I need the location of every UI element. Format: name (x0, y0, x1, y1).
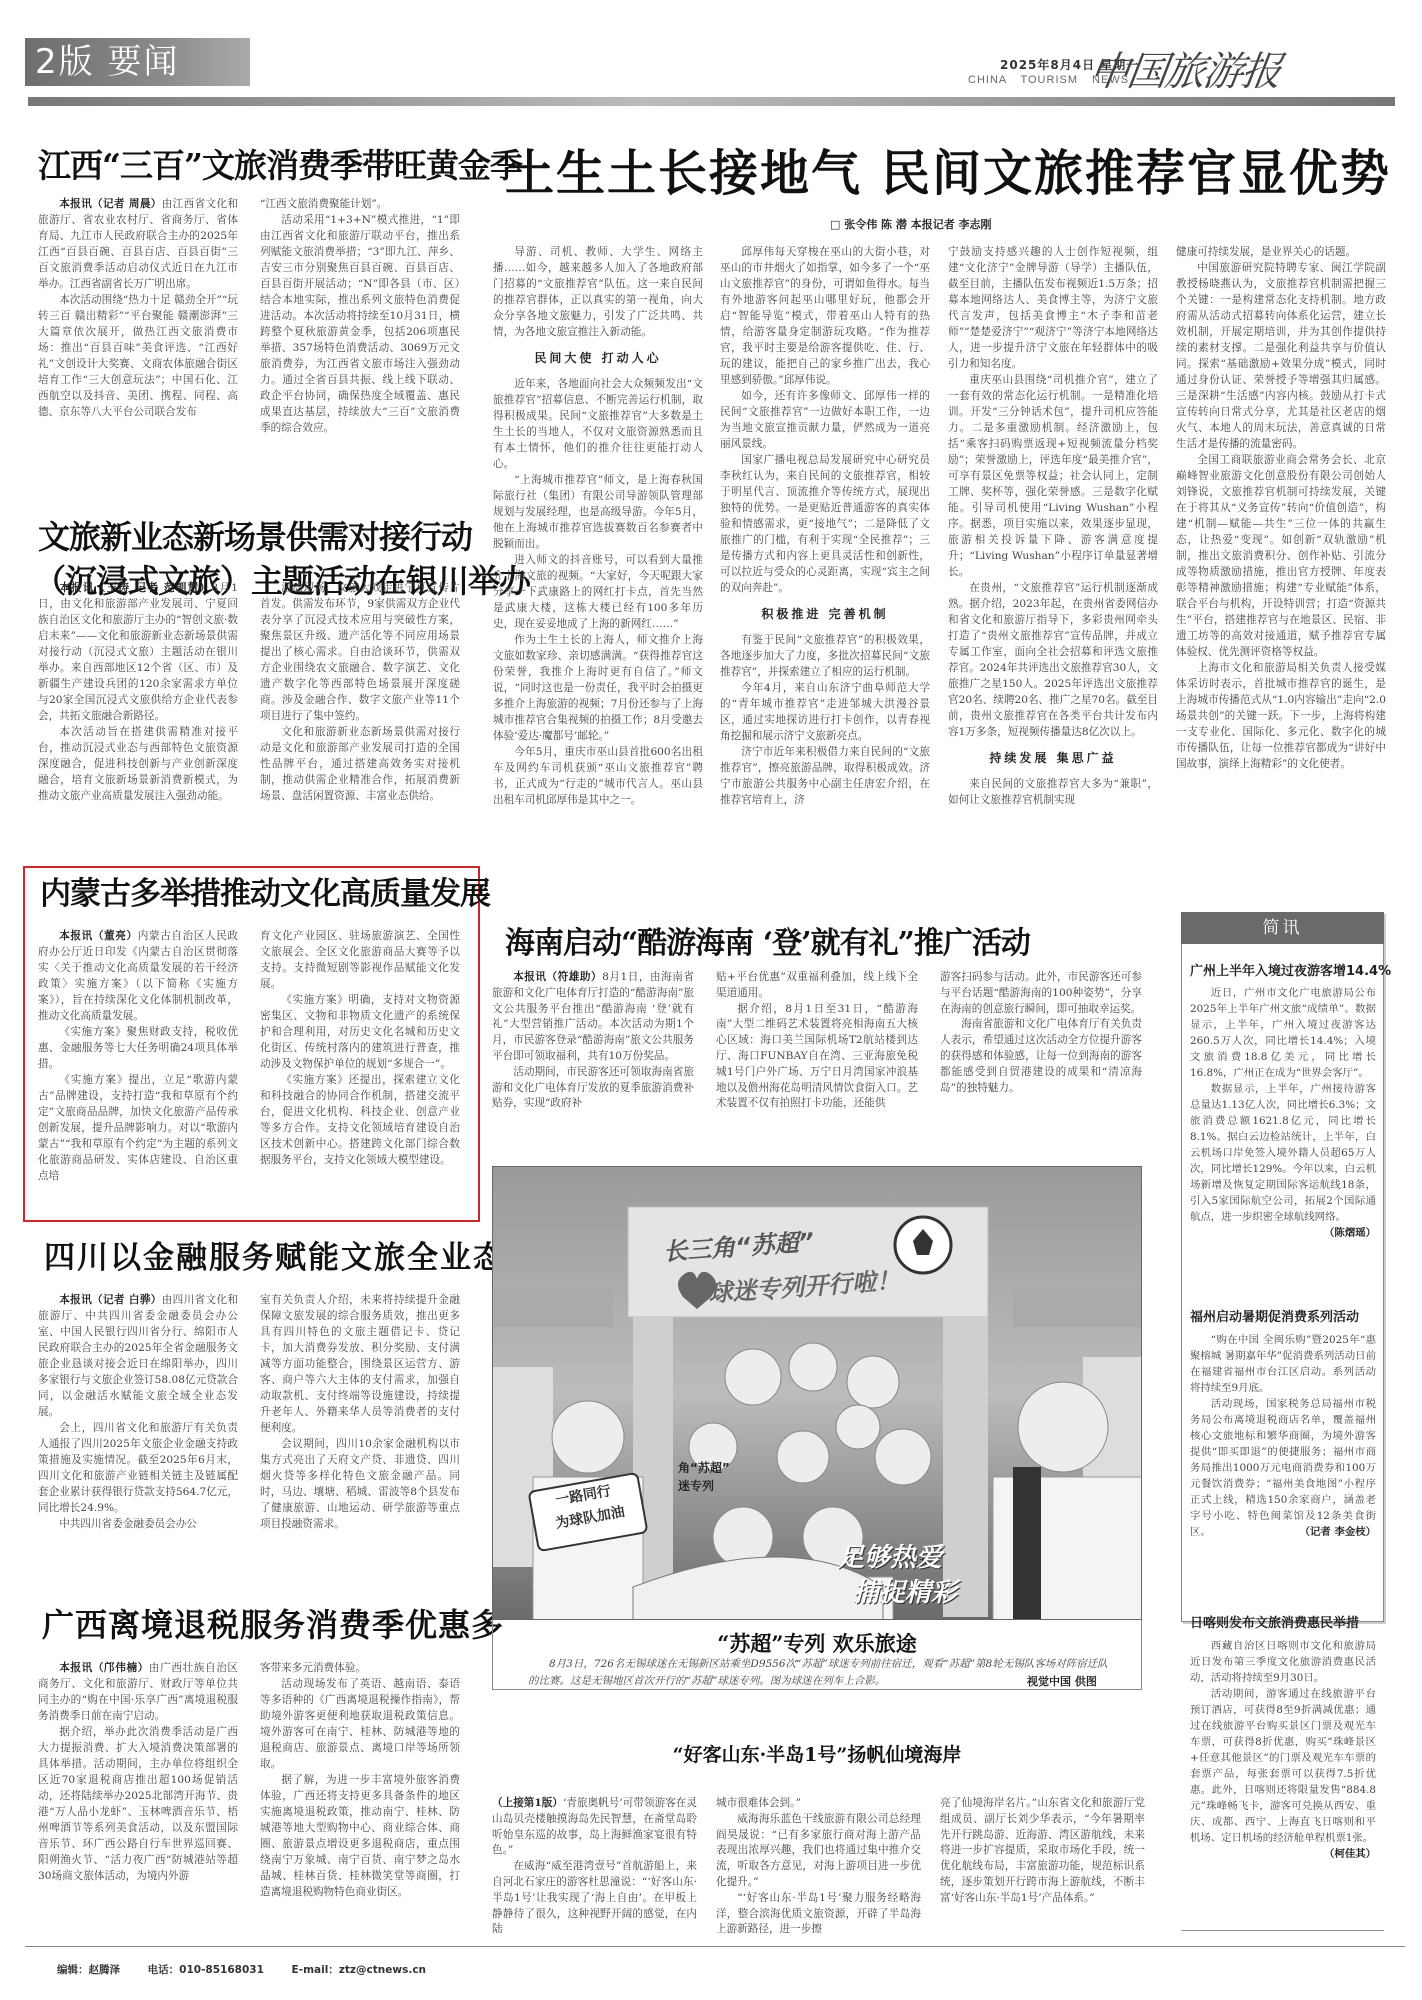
paragraph: 在威海“威至港湾壹号”首航游船上，来自河北石家庄的游客杜思潼说：“‘好客山东·半… (492, 1859, 697, 1938)
brief-body-fuzhou: “购在中国 全闽乐购”暨2025年“惠聚榕城 暑期嘉年华”促消费系列活动日前在福… (1190, 1332, 1376, 1540)
paragraph: 文化和旅游新业态新场景供需对接行动是文化和旅游部产业发展司打造的全国性品牌平台，… (260, 724, 460, 804)
article-feature-col1: 导游、司机、教师、大学生、网络主播……如今，越来越多人加入了各地政府部门招募的“… (493, 244, 703, 808)
dateline: （上接第1版） (492, 1797, 563, 1809)
article-feature-col2: 邱厚伟每天穿梭在巫山的大街小巷，对巫山的市井烟火了如指掌，如今多了一个“巫山文旅… (720, 244, 930, 808)
paragraph: 本报讯（董亮）内蒙古自治区人民政府办公厅近日印发《内蒙古自治区贯彻落实〈关于推动… (38, 928, 238, 1024)
brief-body-guangzhou: 近日，广州市文化广电旅游局公布2025年上半年广州文旅“成绩单”。数据显示，上半… (1190, 985, 1376, 1241)
paragraph: 今年5月，重庆市巫山县首批600名出租车及网约车司机获颁“巫山文旅推荐官”聘书，… (493, 744, 703, 808)
brief-headline-fuzhou: 福州启动暑期促消费系列活动 (1190, 1306, 1359, 1325)
badge-line1: 角“苏超” (678, 1459, 730, 1476)
paragraph: 本报讯（记者 周晨）由江西省文化和旅游厅、省农业农村厅、省商务厅、省体育局、九江… (38, 196, 238, 292)
paragraph: 中国旅游研究院特聘专家、闽江学院副教授杨晓燕认为，文旅推荐官机制需把握三个关键：… (1176, 260, 1386, 452)
photo-caption-text: 8月3日，726名无锡球迷在无锡新区站乘坐D9556次“苏超”球迷专列前往宿迁，… (528, 1656, 1113, 1690)
badge-line2: 迷专列 (678, 1477, 714, 1494)
brief-headline-guangzhou: 广州上半年入境过夜游客增14.4% (1190, 960, 1391, 979)
brief-paragraph: 数据显示，上半年，广州接待游客总量达1.13亿人次，同比增长6.3%；文旅消费总… (1190, 1081, 1376, 1225)
paragraph: 《实施方案》提出，立足“歌游内蒙古”品牌建设，支持打造“我和草原有个约定”文旅商… (38, 1072, 238, 1184)
article-shandong-col1: （上接第1版）‘青旅奥帆号’可带领游客在灵山岛贝壳楼触摸海岛先民智慧，在斋堂岛聆… (492, 1796, 697, 1938)
brief-author: （柯佳其） (1303, 1846, 1376, 1862)
brief-body-rikaze: 西藏自治区日喀则市文化和旅游局近日发布第三季度文化旅游消费惠民活动，活动将持续至… (1190, 1638, 1376, 1862)
footer-email[interactable]: E-mail：ztz@ctnews.cn (292, 1964, 426, 1976)
paragraph: 《实施方案》还提出，探索建立文化和科技融合的协同合作机制，搭建交流平台，促进文化… (260, 1072, 460, 1168)
article-jiangxi-col1: 本报讯（记者 周晨）由江西省文化和旅游厅、省农业农村厅、省商务厅、省体育局、九江… (38, 196, 238, 420)
paragraph: （上接第1版）‘青旅奥帆号’可带领游客在灵山岛贝壳楼触摸海岛先民智慧，在斋堂岛聆… (492, 1796, 697, 1859)
paragraph: 客带来多元消费体验。 (260, 1660, 460, 1676)
brief-paragraph: 活动现场，国家税务总局福州市税务局公布离境退税商店名单，覆盖福州核心文旅地标和繁… (1190, 1396, 1376, 1540)
article-hainan-col1: 本报讯（符雄助）8月1日，由海南省旅游和文化广电体育厅打造的“酷游海南”旅文公共… (492, 970, 694, 1112)
brief-paragraph: 近日，广州市文化广电旅游局公布2025年上半年广州文旅“成绩单”。数据显示，上半… (1190, 985, 1376, 1081)
paragraph: 本次活动旨在搭建供需精准对接平台，推动沉浸式业态与西部特色文旅资源深度融合，促进… (38, 724, 238, 804)
paragraph: 威海海乐蓝色干线旅游有限公司总经理阎昊晟说：“已有多家旅行商对海上游产品表现出浓… (716, 1812, 921, 1891)
article-guangxi-col1: 本报讯（邝伟楠）由广西壮族自治区商务厅、文化和旅游厅、财政厅等单位共同主办的“购… (38, 1660, 238, 1884)
paragraph: “上海城市推荐官”师文，是上海春秋国际旅行社（集团）有限公司导游领队管理部规划与… (493, 472, 703, 552)
brief-author: （陈熠瑶） (1303, 1225, 1376, 1241)
dateline: 本报讯（王涛 记者 范朝慧） (59, 582, 211, 594)
paragraph: 今年4月，来自山东济宁曲阜师范大学的“青年城市推荐官”走进邹城大洪漫谷景区，通过… (720, 680, 930, 744)
headline-sichuan: 四川以金融服务赋能文旅全业态 (44, 1232, 506, 1277)
paragraph: 室有关负责人介绍，未来将持续提升金融保障文旅发展的综合服务质效，推出更多具有四川… (260, 1292, 460, 1436)
headline-jiangxi: 江西“三百”文旅消费季带旺黄金季 (38, 140, 522, 187)
paragraph: 本次活动围绕“热力十足 赣劲全开”“玩转三百 赣出精彩”“平台聚能 赣潮澎湃”三… (38, 292, 238, 420)
paragraph: 贴+平台优惠”双重福利叠加，线上线下全渠道通用。 (716, 970, 918, 1002)
paragraph: 活动现场，文旅大戏走进宁夏宣传片首发。供需发布环节，9家供需双方企业代表分享了沉… (260, 580, 460, 724)
paragraph: 上海市文化和旅游局相关负责人接受媒体采访时表示，首批城市推荐官的诞生，是上海城市… (1176, 660, 1386, 772)
photo-caption-title: “苏超”专列 欢乐旅途 (492, 1628, 1142, 1658)
paragraph: “江西文旅消费聚能计划”。 (260, 196, 460, 212)
paragraph: 中共四川省委金融委员会办公 (38, 1516, 238, 1532)
paragraph: 在贵州，“文旅推荐官”运行机制逐渐成熟。据介绍，2023年起，在贵州省委网信办和… (948, 580, 1158, 740)
paragraph: 据了解，为进一步丰富境外旅客消费体验，广西还将支持更多具备条件的地区实施离境退税… (260, 1772, 460, 1900)
paragraph: 有鉴于民间“文旅推荐官”的积极效果，各地逐步加大了力度，多批次招募民间“文旅推荐… (720, 632, 930, 680)
section-tab: 2版 要闻 (25, 38, 250, 86)
article-feature-col3: 宁鼓励支持感兴趣的人士创作短视频，组建“文化济宁”金牌导游（导学）主播队伍，截至… (948, 244, 1158, 808)
paragraph: 济宁市近年来积极借力来自民间的“文旅推荐官”，擦亮旅游品牌，取得积极成效。济宁市… (720, 744, 930, 808)
paragraph: 育文化产业园区、驻场旅游演艺、全国性文旅展会、全区文化旅游商品大赛等予以支持。支… (260, 928, 460, 992)
article-hainan-col3: 游客扫码参与活动。此外，市民游客还可参与平台话题“酷游海南的100种姿势”，分享… (940, 970, 1142, 1096)
paragraph: 本报讯（邝伟楠）由广西壮族自治区商务厅、文化和旅游厅、财政厅等单位共同主办的“购… (38, 1660, 238, 1724)
headline-yinchuan-1: 文旅新业态新场景供需对接行动 (38, 512, 472, 558)
newspaper-logo: 中国旅游报 (1086, 40, 1284, 97)
article-feature-col4: 健康可持续发展，是业界关心的话题。中国旅游研究院特聘专家、闽江学院副教授杨晓燕认… (1176, 244, 1386, 772)
article-sichuan-col1: 本报讯（记者 白骅）由四川省文化和旅游厅、中共四川省委金融委员会办公室、中国人民… (38, 1292, 238, 1532)
headline-hainan: 海南启动“酷游海南 ‘登’就有礼”推广活动 (505, 918, 1030, 962)
dateline: 本报讯（记者 周晨） (59, 198, 162, 210)
article-yinchuan-col1: 本报讯（王涛 记者 范朝慧）8月1日，由文化和旅游部产业发展司、宁夏回族自治区文… (38, 580, 238, 804)
paragraph: 作为土生土长的上海人，师文推介上海文旅如数家珍、亲切感满满。“获得推荐官这份荣誉… (493, 632, 703, 744)
paragraph: 据介绍，8月1日至31日，“酷游海南”大型二维码艺术装置将亮相海南五大核心区域：… (716, 1002, 918, 1113)
headline-feature: 土生土长接地气 民间文旅推荐官显优势 (505, 135, 1391, 205)
dateline: 本报讯（邝伟楠） (59, 1662, 149, 1674)
paragraph: 重庆巫山县围绕“司机推介官”，建立了一套有效的常态化运行机制。一是精准化培训。开… (948, 372, 1158, 580)
paragraph: 邱厚伟每天穿梭在巫山的大街小巷，对巫山的市井烟火了如指掌，如今多了一个“巫山文旅… (720, 244, 930, 388)
brief-paragraph: “购在中国 全闽乐购”暨2025年“惠聚榕城 暑期嘉年华”促消费系列活动日前在福… (1190, 1332, 1376, 1396)
slogan-line2: 捕捉精彩 (853, 1572, 957, 1609)
article-sichuan-col2: 室有关负责人介绍，未来将持续提升金融保障文旅发展的综合服务质效，推出更多具有四川… (260, 1292, 460, 1532)
paragraph: 海南省旅游和文化广电体育厅有关负责人表示，希望通过这次活动全方位提升游客的获得感… (940, 1017, 1142, 1096)
paragraph: 本报讯（记者 白骅）由四川省文化和旅游厅、中共四川省委金融委员会办公室、中国人民… (38, 1292, 238, 1420)
headline-guangxi: 广西离境退税服务消费季优惠多 (42, 1600, 504, 1646)
briefs-title: 简讯 (1181, 912, 1384, 944)
article-yinchuan-col2: 活动现场，文旅大戏走进宁夏宣传片首发。供需发布环节，9家供需双方企业代表分享了沉… (260, 580, 460, 804)
paragraph: 进入师文的抖音账号，可以看到大量推介上海文旅的视频。“大家好，今天呢跟大家分享一… (493, 552, 703, 632)
subheading: 民间大使 打动人心 (493, 350, 703, 366)
article-guangxi-col2: 客带来多元消费体验。活动现场发布了英语、越南语、泰语等多语种的《广西离境退税操作… (260, 1660, 460, 1900)
briefs-bottom-rule (1181, 1930, 1384, 1931)
subheading: 积极推进 完善机制 (720, 606, 930, 622)
paragraph: 活动期间，市民游客还可领取海南省旅游和文化广电体育厅发放的夏季旅游消费补贴券，实… (492, 1065, 694, 1112)
article-neimenggu-col2: 育文化产业园区、驻场旅游演艺、全国性文旅展会、全区文化旅游商品大赛等予以支持。支… (260, 928, 460, 1168)
paragraph: “‘好客山东·半岛1号’聚力服务经略海洋，整合滨海优质文旅资源，开辟了半岛海上游… (716, 1891, 921, 1938)
paragraph: 据介绍，举办此次消费季活动是广西大力提振消费、扩大入境消费决策部署的具体举措。活… (38, 1724, 238, 1884)
paragraph: 活动现场发布了英语、越南语、泰语等多语种的《广西离境退税操作指南》，帮助境外游客… (260, 1676, 460, 1772)
dateline: 本报讯（董亮） (59, 930, 138, 942)
footer-phone: 电话：010-85168031 (148, 1964, 264, 1976)
paragraph: 本报讯（王涛 记者 范朝慧）8月1日，由文化和旅游部产业发展司、宁夏回族自治区文… (38, 580, 238, 724)
headline-shandong: “好客山东·半岛1号”扬帆仙境海岸 (492, 1740, 1142, 1767)
paragraph: 健康可持续发展，是业界关心的话题。 (1176, 244, 1386, 260)
dateline: 本报讯（符雄助） (513, 971, 602, 983)
article-shandong-col2: 城市很难体会到。”威海海乐蓝色干线旅游有限公司总经理阎昊晟说：“已有多家旅行商对… (716, 1796, 921, 1938)
paragraph: 导游、司机、教师、大学生、网络主播……如今，越来越多人加入了各地政府部门招募的“… (493, 244, 703, 340)
paragraph: 宁鼓励支持感兴趣的人士创作短视频，组建“文化济宁”金牌导游（导学）主播队伍，截至… (948, 244, 1158, 372)
photo-illustration (493, 1167, 1142, 1620)
footer-rule (25, 1946, 1405, 1947)
paragraph: 游客扫码参与活动。此外，市民游客还可参与平台话题“酷游海南的100种姿势”，分享… (940, 970, 1142, 1017)
headline-neimenggu: 内蒙古多举措推动文化高质量发展 (40, 868, 490, 913)
article-hainan-col2: 贴+平台优惠”双重福利叠加，线上线下全渠道通用。据介绍，8月1日至31日，“酷游… (716, 970, 918, 1112)
photo-credit: 视觉中国 供图 (1027, 1673, 1097, 1689)
article-neimenggu-col1: 本报讯（董亮）内蒙古自治区人民政府办公厅近日印发《内蒙古自治区贯彻落实〈关于推动… (38, 928, 238, 1184)
paragraph: 会上，四川省文化和旅游厅有关负责人通报了四川2025年文旅企业金融支持政策措施及… (38, 1420, 238, 1516)
article-shandong-col3: 亮了仙境海岸名片。”山东省文化和旅游厅党组成员、副厅长刘少华表示，“今年暑期率先… (940, 1796, 1145, 1907)
masthead-divider (28, 97, 1395, 106)
paragraph: 来自民间的文旅推荐官大多为“兼职”，如何让文旅推荐官机制实现 (948, 776, 1158, 808)
footer-info: 编辑：赵腾泽 电话：010-85168031 E-mail：ztz@ctnews… (57, 1962, 426, 1977)
dateline: 本报讯（记者 白骅） (59, 1294, 162, 1306)
paragraph: 国家广播电视总局发展研究中心研究员李秋红认为，来自民间的文旅推荐官，相较于明星代… (720, 452, 930, 596)
brief-author: （记者 李金枝） (1279, 1524, 1376, 1540)
photo-fans-train: 长三角“苏超” 球迷专列开行啦！ 一路同行 为球队加油 角“苏超” 迷专列 无锡… (492, 1166, 1142, 1620)
brief-paragraph: 活动期间，游客通过在线旅游平台预订酒店，可获得8至9折满减优惠；通过在线旅游平台… (1190, 1686, 1376, 1846)
brief-paragraph: 西藏自治区日喀则市文化和旅游局近日发布第三季度文化旅游消费惠民活动，活动将持续至… (1190, 1638, 1376, 1686)
paragraph: 会议期间，四川10余家金融机构以市集方式亮出了天府文产贷、非遗贷、四川烟火贷等多… (260, 1436, 460, 1532)
feature-byline: □ 张令伟 陈 潜 本报记者 李志刚 (830, 216, 992, 232)
paragraph: 近年来，各地面向社会大众频频发出“文旅推荐官”招募信息、不断完善运行机制，取得积… (493, 376, 703, 472)
paragraph: 如今，还有许多像师文、邱厚伟一样的民间“文旅推荐官”一边做好本职工作，一边为当地… (720, 388, 930, 452)
paragraph: 《实施方案》明确，支持对文物资源密集区、文物和非物质文化遗产的系统保护和合理利用… (260, 992, 460, 1072)
slogan-line1: 足够热爱 (838, 1537, 942, 1574)
subheading: 持续发展 集思广益 (948, 750, 1158, 766)
paragraph: 本报讯（符雄助）8月1日，由海南省旅游和文化广电体育厅打造的“酷游海南”旅文公共… (492, 970, 694, 1065)
footer-editor: 编辑：赵腾泽 (57, 1964, 120, 1976)
paragraph: 活动采用“1+3+N”模式推进，“1”即由江西省文化和旅游厅联动平台，推出系列赋… (260, 212, 460, 436)
article-jiangxi-col2: “江西文旅消费聚能计划”。活动采用“1+3+N”模式推进，“1”即由江西省文化和… (260, 196, 460, 436)
paragraph: 全国工商联旅游业商会常务会长、北京巅峰智业旅游文化创意股份有限公司创始人刘锋说，… (1176, 452, 1386, 660)
paragraph: 亮了仙境海岸名片。”山东省文化和旅游厅党组成员、副厅长刘少华表示，“今年暑期率先… (940, 1796, 1145, 1907)
paragraph: 城市很难体会到。” (716, 1796, 921, 1812)
brief-headline-rikaze: 日喀则发布文旅消费惠民举措 (1190, 1612, 1359, 1631)
paragraph: 《实施方案》聚焦财政支持，税收优惠、金融服务等七大任务明确24项具体举措。 (38, 1024, 238, 1072)
